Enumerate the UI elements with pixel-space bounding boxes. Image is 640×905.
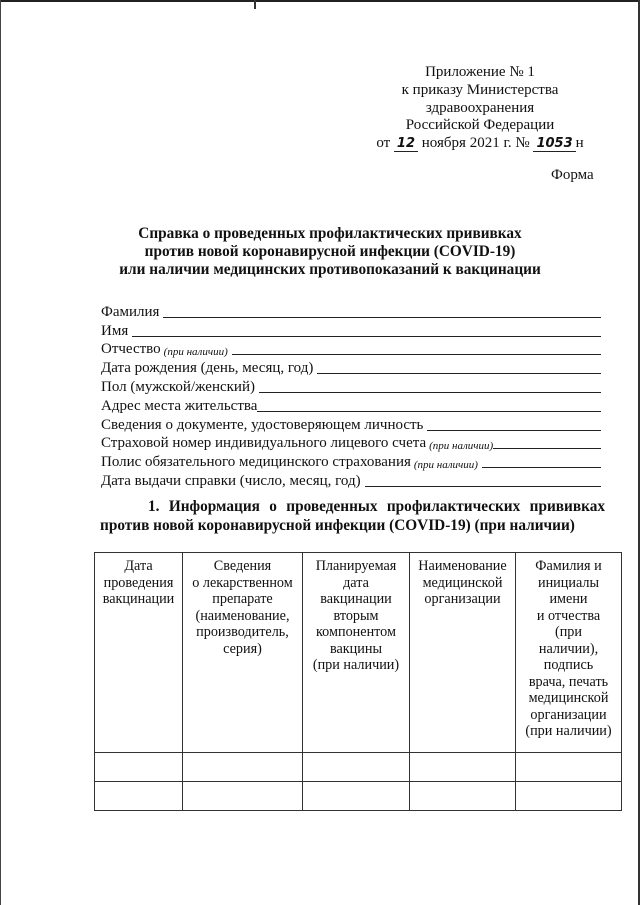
table-header-row: Датапроведениявакцинации Сведенияо лекар… (95, 553, 622, 753)
header-line: инициалы (517, 575, 620, 592)
field-label: Дата выдачи справки (число, месяц, год) (101, 473, 361, 490)
table-cell[interactable] (516, 782, 622, 811)
field-surname: Фамилия (101, 302, 601, 321)
issue-date-input[interactable] (365, 472, 601, 487)
appendix-line: Приложение № 1 (360, 64, 600, 82)
scan-edge-left (0, 0, 1, 905)
title-line: или наличии медицинских противопоказаний… (95, 261, 565, 279)
field-label: Пол (мужской/женский) (101, 379, 255, 396)
appendix-line: здравоохранения (360, 100, 600, 118)
header-line: вакцины (304, 641, 408, 658)
form-label: Форма (551, 167, 594, 184)
header-line: наличии), (517, 641, 620, 658)
table-cell[interactable] (95, 753, 183, 782)
field-name: Имя (101, 321, 601, 340)
header-line: Планируемая (304, 558, 408, 575)
document-title: Справка о проведенных профилактических п… (95, 225, 565, 279)
header-line: о лекарственном (184, 575, 301, 592)
header-line: медицинской (411, 575, 514, 592)
field-issue-date: Дата выдачи справки (число, месяц, год) (101, 471, 601, 490)
header-line: Наименование (411, 558, 514, 575)
title-line: Справка о проведенных профилактических п… (95, 225, 565, 243)
header-second-dose-date: Планируемаядатавакцинациивторымкомпонент… (303, 553, 410, 753)
personal-data-fields: Фамилия Имя Отчество (при наличии) Дата … (101, 302, 601, 490)
section-1-heading: 1. Информация о проведенных профилактиче… (100, 497, 605, 535)
header-line: вакцинации (96, 591, 181, 608)
header-medical-organization: Наименованиемедицинскойорганизации (410, 553, 516, 753)
header-line: организации (517, 707, 620, 724)
header-line: (наименование, (184, 608, 301, 625)
title-line: против новой коронавирусной инфекции (CO… (95, 243, 565, 261)
surname-input[interactable] (163, 303, 601, 318)
appendix-line: Российской Федерации (360, 117, 600, 135)
table-cell[interactable] (410, 782, 516, 811)
table-cell[interactable] (303, 753, 410, 782)
header-line: компонентом (304, 624, 408, 641)
scan-mark (254, 0, 256, 9)
field-snils: Страховой номер индивидуального лицевого… (101, 434, 601, 453)
order-number-suffix: н (576, 135, 584, 151)
header-line: врача, печать (517, 674, 620, 691)
header-doctor-signature: Фамилия иинициалыимении отчества(принали… (516, 553, 622, 753)
table-cell[interactable] (410, 753, 516, 782)
field-label: Фамилия (101, 304, 159, 321)
table-cell[interactable] (183, 782, 303, 811)
field-address: Адрес места жительства (101, 396, 601, 415)
field-label: Отчество (101, 341, 161, 358)
header-line: и отчества (517, 608, 620, 625)
appendix-header: Приложение № 1 к приказу Министерства зд… (360, 64, 600, 153)
sex-input[interactable] (259, 378, 601, 393)
address-input[interactable] (257, 397, 601, 412)
header-line: Дата (96, 558, 181, 575)
header-line: Сведения (184, 558, 301, 575)
header-vaccination-date: Датапроведениявакцинации (95, 553, 183, 753)
birth-date-input[interactable] (317, 359, 601, 374)
scan-edge-top (0, 0, 640, 2)
field-label: Страховой номер индивидуального лицевого… (101, 435, 426, 452)
header-line: организации (411, 591, 514, 608)
order-number: 1053 (533, 137, 575, 152)
header-line: производитель, (184, 624, 301, 641)
name-input[interactable] (132, 322, 601, 337)
header-line: имени (517, 591, 620, 608)
field-oms-policy: Полис обязательного медицинского страхов… (101, 452, 601, 471)
field-note: (при наличии) (164, 346, 228, 358)
field-sex: Пол (мужской/женский) (101, 377, 601, 396)
field-id-document: Сведения о документе, удостоверяющем лич… (101, 415, 601, 434)
header-line: препарате (184, 591, 301, 608)
header-line: вакцинации (304, 591, 408, 608)
date-prefix: от (376, 135, 390, 151)
field-label: Полис обязательного медицинского страхов… (101, 454, 411, 471)
patronymic-input[interactable] (232, 340, 601, 355)
id-document-input[interactable] (427, 416, 601, 431)
field-patronymic: Отчество (при наличии) (101, 340, 601, 359)
section-heading-line: 1. Информация о проведенных профилактиче… (100, 497, 605, 516)
field-birth-date: Дата рождения (день, месяц, год) (101, 358, 601, 377)
header-line: Фамилия и (517, 558, 620, 575)
vaccination-table: Датапроведениявакцинации Сведенияо лекар… (94, 552, 622, 811)
header-line: подпись (517, 657, 620, 674)
field-label: Имя (101, 323, 128, 340)
field-label: Адрес места жительства (101, 398, 257, 415)
header-line: (при наличии) (517, 723, 620, 740)
appendix-line: к приказу Министерства (360, 82, 600, 100)
order-month-year: ноября 2021 г. № (422, 135, 530, 151)
field-label: Дата рождения (день, месяц, год) (101, 360, 313, 377)
table-cell[interactable] (516, 753, 622, 782)
section-heading-line: против новой коронавирусной инфекции (CO… (100, 516, 605, 535)
field-note: (при наличии) (429, 440, 493, 452)
table-row (95, 782, 622, 811)
order-day: 12 (394, 137, 418, 152)
header-drug-info: Сведенияо лекарственномпрепарате(наимено… (183, 553, 303, 753)
field-label: Сведения о документе, удостоверяющем лич… (101, 417, 423, 434)
header-line: вторым (304, 608, 408, 625)
header-line: медицинской (517, 690, 620, 707)
header-line: серия) (184, 641, 301, 658)
table-row (95, 753, 622, 782)
oms-policy-input[interactable] (482, 453, 601, 468)
snils-input[interactable] (493, 434, 601, 449)
header-line: проведения (96, 575, 181, 592)
header-line: (при (517, 624, 620, 641)
header-line: (при наличии) (304, 657, 408, 674)
table-cell[interactable] (303, 782, 410, 811)
field-note: (при наличии) (414, 459, 478, 471)
table-cell[interactable] (95, 782, 183, 811)
table-cell[interactable] (183, 753, 303, 782)
order-date-line: от 12 ноября 2021 г. № 1053н (360, 135, 600, 153)
header-line: дата (304, 575, 408, 592)
